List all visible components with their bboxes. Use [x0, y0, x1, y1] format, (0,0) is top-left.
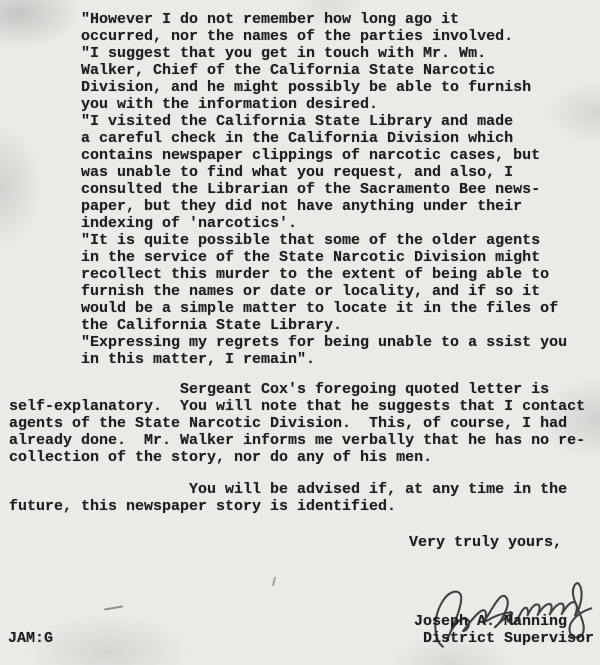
signatory-typed-title: District Supervisor	[423, 630, 594, 647]
closing-salutation: Very truly yours,	[409, 534, 562, 551]
pencil-mark	[104, 606, 123, 611]
quoted-letter-text: "However I do not remember how long ago …	[81, 11, 586, 368]
letter-page: "However I do not remember how long ago …	[0, 0, 600, 665]
signatory-typed-name: Joseph A. Manning	[414, 613, 567, 630]
body-paragraph-2: You will be advised if, at any time in t…	[9, 481, 599, 515]
body-paragraph-1: Sergeant Cox's foregoing quoted letter i…	[9, 381, 599, 466]
scan-speck	[272, 577, 276, 586]
reference-initials: JAM:G	[8, 630, 53, 647]
